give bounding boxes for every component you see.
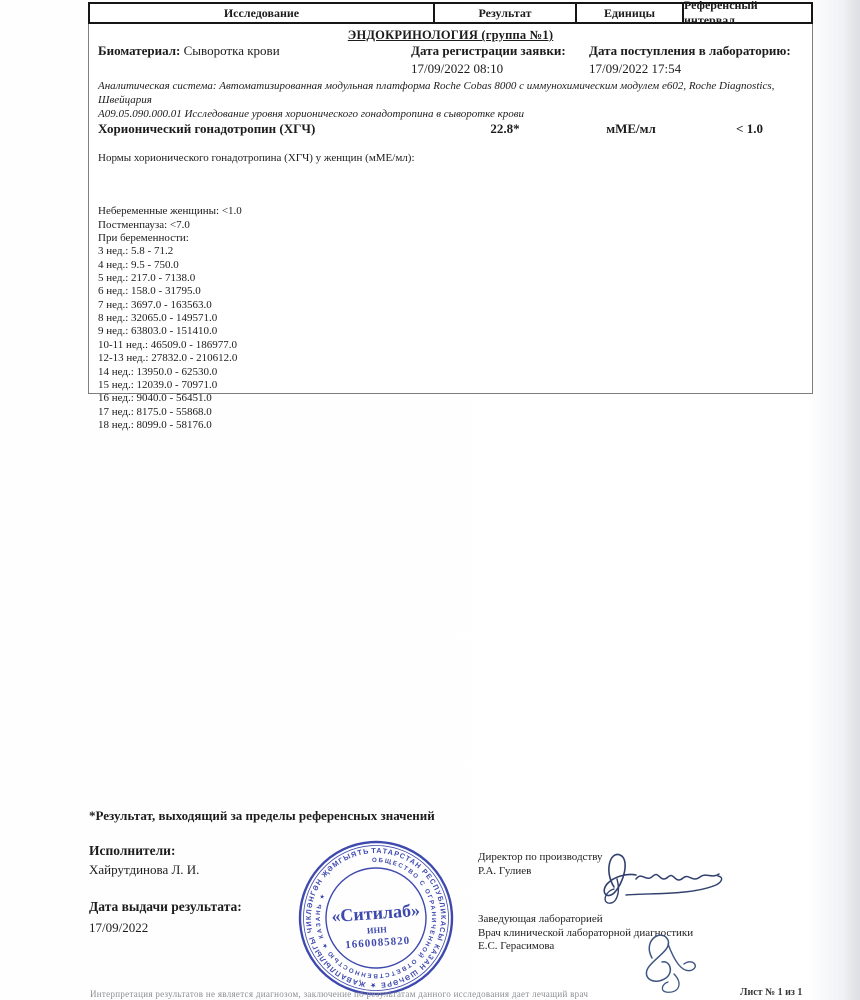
norms-line: 5 нед.: 217.0 - 7138.0	[98, 272, 415, 285]
column-header-investigation: Исследование	[90, 4, 435, 22]
out-of-range-footnote: *Результат, выходящий за пределы референ…	[89, 808, 435, 824]
stamp-inn-value: 1660085820	[345, 935, 411, 952]
column-header-reference: Референсный интервал	[684, 4, 811, 22]
norms-line: Небеременные женщины: <1.0	[98, 205, 415, 218]
issue-date-label: Дата выдачи результата:	[89, 899, 242, 915]
results-table-header: Исследование Результат Единицы Референсн…	[88, 2, 813, 24]
norms-lines: Небеременные женщины: <1.0Постменпауза: …	[98, 165, 415, 432]
page-disclaimer: Интерпретация результатов не является ди…	[90, 989, 588, 999]
test-reference-interval: < 1.0	[686, 121, 813, 137]
test-name: Хорионический гонадотропин (ХГЧ)	[98, 121, 315, 137]
biomaterial-label: Биоматериал:	[98, 43, 180, 58]
norms-line: 16 нед.: 9040.0 - 56451.0	[98, 392, 415, 405]
norms-line: 10-11 нед.: 46509.0 - 186977.0	[98, 339, 415, 352]
norms-line: 14 нед.: 13950.0 - 62530.0	[98, 366, 415, 379]
norms-line: Постменпауза: <7.0	[98, 219, 415, 232]
received-date-value: 17/09/2022 17:54	[589, 61, 681, 77]
norms-line: 12-13 нед.: 27832.0 - 210612.0	[98, 352, 415, 365]
lab-head-signature-icon	[618, 918, 718, 998]
analytical-system-line: Аналитическая система: Автоматизированна…	[98, 80, 804, 107]
service-code-line: A09.05.090.000.01 Исследование уровня хо…	[98, 108, 524, 120]
norms-line: 8 нед.: 32065.0 - 149571.0	[98, 312, 415, 325]
norms-line: 7 нед.: 3697.0 - 163563.0	[98, 299, 415, 312]
section-title: ЭНДОКРИНОЛОГИЯ (группа №1)	[89, 28, 812, 43]
issue-date-value: 17/09/2022	[89, 920, 148, 936]
test-result-value: 22.8*	[434, 121, 576, 137]
norms-line: 15 нед.: 12039.0 - 70971.0	[98, 379, 415, 392]
norms-line: 3 нед.: 5.8 - 71.2	[98, 245, 415, 258]
results-table-body: ЭНДОКРИНОЛОГИЯ (группа №1) Биоматериал: …	[88, 24, 813, 394]
norms-line: 17 нед.: 8175.0 - 55868.0	[98, 406, 415, 419]
biomaterial-row: Биоматериал: Сыворотка крови	[98, 43, 280, 59]
column-header-units: Единицы	[577, 4, 684, 22]
sheet-number: Лист № 1 из 1	[740, 987, 802, 998]
norms-line: 18 нед.: 8099.0 - 58176.0	[98, 419, 415, 432]
stamp-center-name: «Ситилаб»	[331, 900, 421, 926]
registration-date-label: Дата регистрации заявки:	[411, 43, 566, 59]
executor-name: Хайрутдинова Л. И.	[89, 862, 199, 878]
executors-label: Исполнители:	[89, 843, 175, 859]
norms-line: 4 нед.: 9.5 - 750.0	[98, 259, 415, 272]
director-signature-icon	[592, 843, 742, 909]
lab-report-page: Исследование Результат Единицы Референсн…	[0, 0, 860, 1000]
citilab-round-stamp-icon: ТАТАРСТАН РЕСПУБЛИКАСЫ КАЗАН ШӘҺӘРЕ ★ ҖА…	[291, 833, 462, 1000]
norms-title: Нормы хорионического гонадотропина (ХГЧ)…	[98, 152, 415, 165]
column-header-result: Результат	[435, 4, 577, 22]
registration-date-value: 17/09/2022 08:10	[411, 61, 503, 77]
norms-line: 9 нед.: 63803.0 - 151410.0	[98, 325, 415, 338]
result-row: Хорионический гонадотропин (ХГЧ) 22.8* м…	[89, 121, 812, 139]
director-name: Р.А. Гулиев	[478, 865, 603, 879]
stamp-inn-label: ИНН	[367, 924, 388, 935]
biomaterial-value: Сыворотка крови	[180, 43, 279, 58]
norms-line: При беременности:	[98, 232, 415, 245]
photo-edge-shadow	[844, 0, 860, 1000]
test-units: мМЕ/мл	[576, 121, 686, 137]
director-title: Директор по производству	[478, 851, 603, 865]
director-block: Директор по производству Р.А. Гулиев	[478, 851, 603, 878]
received-date-label: Дата поступления в лабораторию:	[589, 43, 791, 59]
norms-block: Нормы хорионического гонадотропина (ХГЧ)…	[98, 152, 415, 432]
norms-line: 6 нед.: 158.0 - 31795.0	[98, 285, 415, 298]
